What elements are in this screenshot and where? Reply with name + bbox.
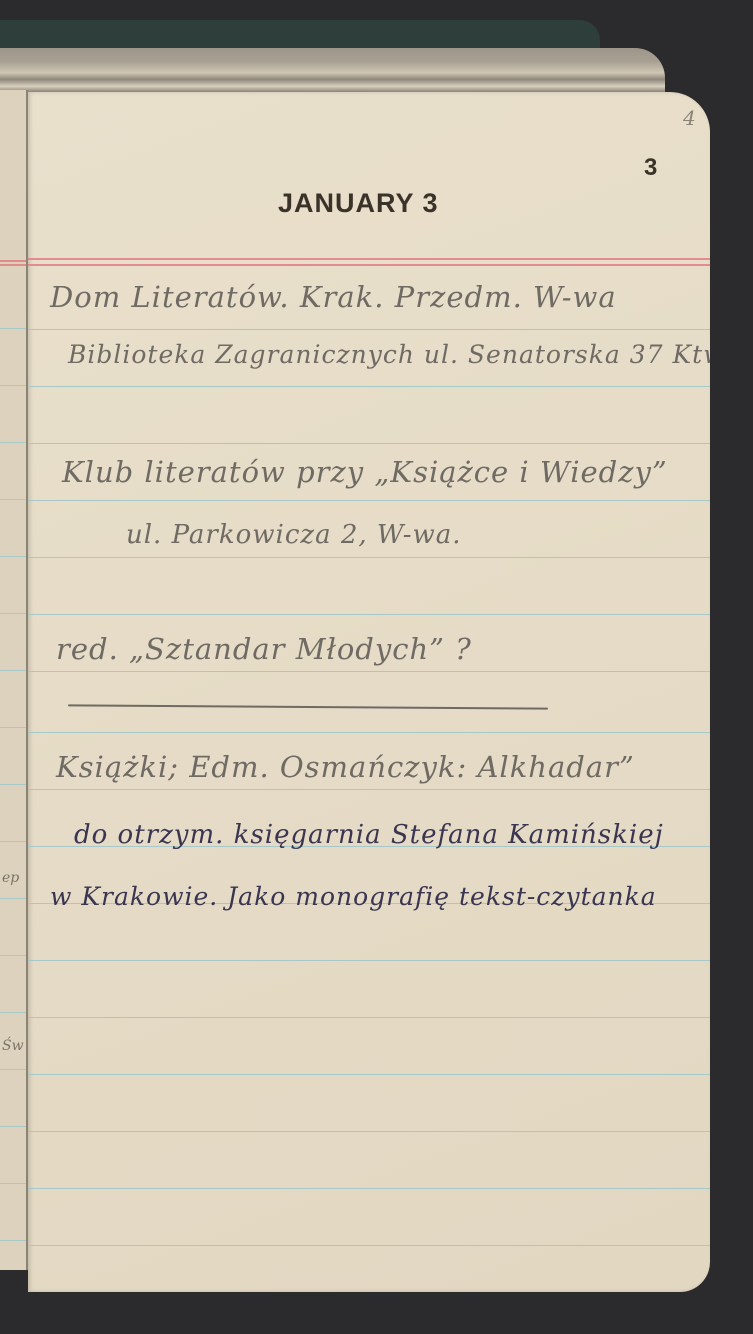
blue-rule — [28, 1188, 710, 1189]
blue-rule — [28, 443, 710, 444]
blue-rule — [0, 955, 26, 956]
red-rule — [0, 264, 26, 266]
blue-rule — [0, 442, 26, 443]
blue-rule — [0, 613, 26, 614]
blue-rule — [0, 1012, 26, 1013]
blue-rule — [28, 1131, 710, 1132]
pencil-underline — [68, 704, 548, 709]
blue-rule — [0, 499, 26, 500]
blue-rule — [28, 386, 710, 387]
date-heading: JANUARY 3 — [278, 188, 439, 219]
blue-rule — [28, 614, 710, 615]
handwritten-line: red. „Sztandar Młodych” ? — [56, 632, 472, 666]
blue-rule — [0, 556, 26, 557]
blue-rule — [0, 898, 26, 899]
handwritten-line: Klub literatów przy „Książce i Wiedzy” — [62, 455, 668, 489]
blue-rule — [0, 1240, 26, 1241]
handwritten-line: Dom Literatów. Krak. Przedm. W-wa — [50, 280, 617, 314]
handwritten-line: Biblioteka Zagranicznych ul. Senatorska … — [68, 340, 710, 369]
handwritten-line: w Krakowie. Jako monografię tekst-czytan… — [50, 882, 657, 911]
red-rule — [28, 258, 710, 260]
blue-rule — [0, 727, 26, 728]
blue-rule — [0, 1069, 26, 1070]
blue-rule — [0, 1126, 26, 1127]
blue-rule — [28, 960, 710, 961]
blue-rule — [0, 841, 26, 842]
blue-rule — [28, 329, 710, 330]
blue-rule — [0, 328, 26, 329]
left-page-fragment: ep — [2, 870, 19, 886]
blue-rule — [28, 789, 710, 790]
red-rule — [0, 260, 26, 262]
left-page-fragment: Św — [2, 1038, 24, 1054]
left-page-edge: ep Św — [0, 90, 28, 1270]
red-rule — [28, 264, 710, 266]
blue-rule — [28, 1245, 710, 1246]
blue-rule — [28, 557, 710, 558]
blue-rule — [0, 385, 26, 386]
blue-rule — [0, 670, 26, 671]
handwritten-line: do otrzym. księgarnia Stefana Kamińskiej — [74, 820, 664, 850]
diary-page: 4 3 JANUARY 3 Dom Literatów. Krak. Przed… — [28, 92, 710, 1292]
blue-rule — [28, 1074, 710, 1075]
blue-rule — [28, 732, 710, 733]
blue-rule — [28, 1017, 710, 1018]
printed-page-number: 3 — [644, 154, 657, 182]
blue-rule — [0, 784, 26, 785]
page-edges — [0, 48, 665, 93]
blue-rule — [28, 500, 710, 501]
handwritten-line: ul. Parkowicza 2, W-wa. — [126, 520, 462, 550]
blue-rule — [0, 1183, 26, 1184]
handwritten-line: Książki; Edm. Osmańczyk: Alkhadar” — [56, 750, 635, 784]
pencil-page-number: 4 — [683, 106, 696, 130]
notebook-cover — [0, 20, 600, 50]
blue-rule — [28, 671, 710, 672]
